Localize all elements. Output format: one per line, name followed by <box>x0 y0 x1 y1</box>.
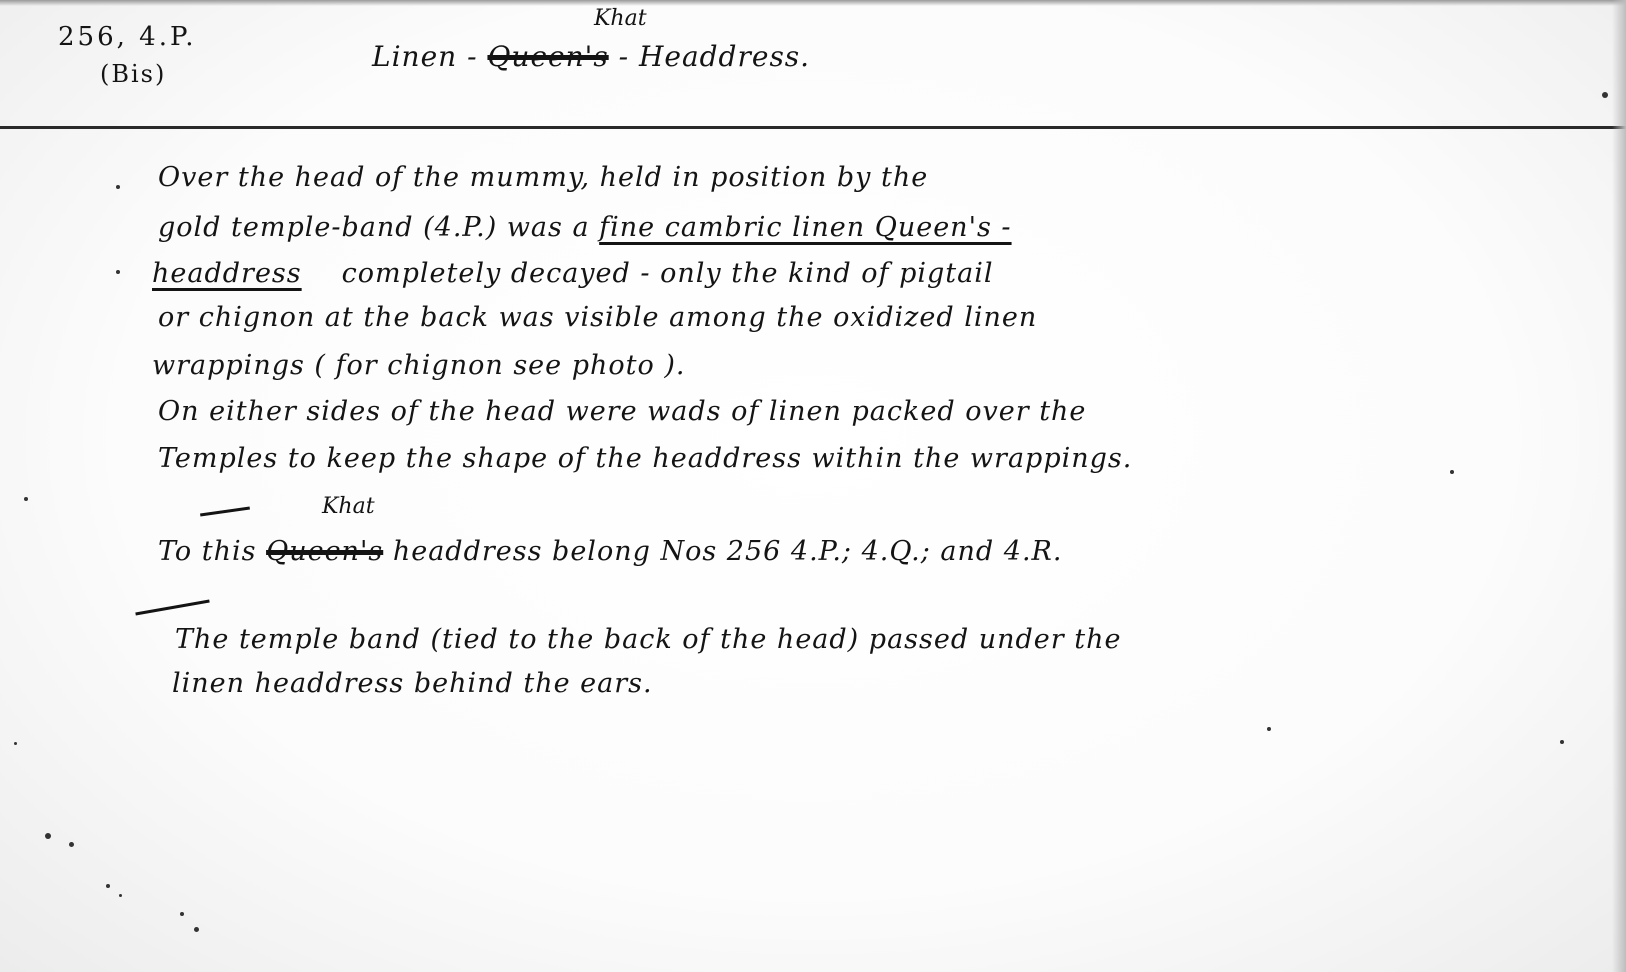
body-line-2-underlined: fine cambric linen Queen's - <box>599 212 1011 243</box>
scan-speck <box>1602 92 1608 98</box>
insertion-mark <box>200 507 250 517</box>
body-line-2: gold temple-band (4.P.) was a fine cambr… <box>158 212 1012 243</box>
header-rule <box>0 126 1626 129</box>
title-struck-word: Queen's <box>487 40 608 73</box>
scan-speck <box>1450 470 1454 474</box>
title-before: Linen - <box>372 40 478 73</box>
body-line-6: On either sides of the head were wads of… <box>158 396 1086 427</box>
body-line-9: The temple band (tied to the back of the… <box>175 624 1122 655</box>
body-line-5: wrappings ( for chignon see photo ). <box>152 350 685 381</box>
body-line-8-end: headdress belong Nos 256 4.P.; 4.Q.; and… <box>393 536 1063 567</box>
body-line-8-start: To this <box>158 536 256 567</box>
body-line-3: headdresscompletely decayed - only the k… <box>152 258 994 289</box>
scan-speck <box>180 912 184 916</box>
body-line-4: or chignon at the back was visible among… <box>158 302 1037 333</box>
body-line-2-text: gold temple-band (4.P.) was a <box>158 212 599 243</box>
scan-speck <box>1267 727 1271 731</box>
reference-suffix: (Bis) <box>100 60 166 88</box>
scan-speck <box>1560 740 1564 744</box>
scan-speck <box>194 927 199 932</box>
body-line-3-text: completely decayed - only the kind of pi… <box>342 258 994 289</box>
archive-card: 256, 4.P. (Bis) Khat Linen - Queen's - H… <box>0 0 1626 972</box>
body-line-8-struck-word: Queen's <box>266 536 383 567</box>
scan-speck <box>106 884 110 888</box>
body-line-7: Temples to keep the shape of the headdre… <box>158 443 1132 474</box>
title-insertion: Khat <box>594 6 647 31</box>
scan-speck <box>69 842 74 847</box>
paragraph-mark <box>135 600 209 616</box>
card-title: Linen - Queen's - Headdress. <box>372 40 810 73</box>
scan-speck <box>24 497 28 501</box>
reference-number: 256, 4.P. <box>58 22 196 52</box>
body-line-3-underlined: headdress <box>152 258 302 289</box>
body-line-8: To this Queen's headdress belong Nos 256… <box>158 536 1062 567</box>
scan-speck <box>116 270 120 274</box>
line-8-insertion: Khat <box>322 494 375 519</box>
scan-speck <box>119 894 122 897</box>
body-line-1: Over the head of the mummy, held in posi… <box>158 162 928 193</box>
scan-speck <box>14 742 17 745</box>
scan-speck <box>45 833 51 839</box>
title-after: - Headdress. <box>619 40 810 73</box>
body-line-10: linen headdress behind the ears. <box>172 668 653 699</box>
scan-speck <box>116 185 120 189</box>
